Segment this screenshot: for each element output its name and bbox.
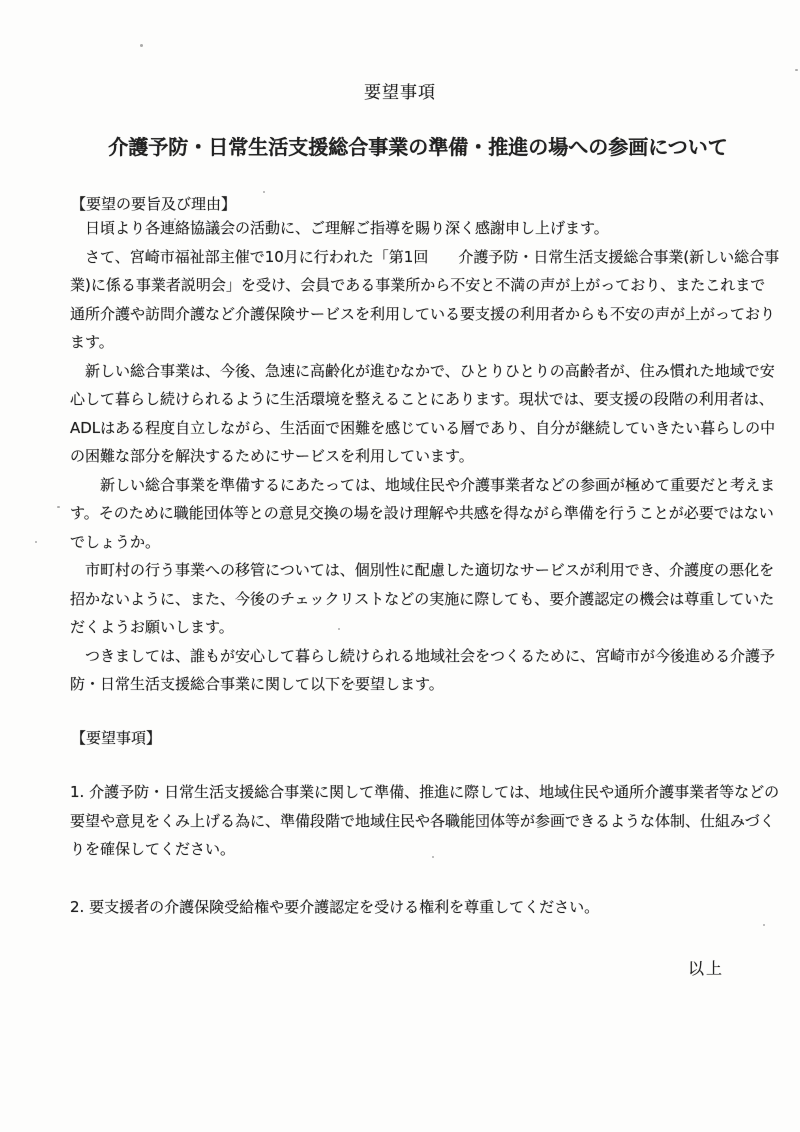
scan-speck xyxy=(763,924,765,926)
scan-speck xyxy=(199,459,201,461)
document-kind-heading: 要望事項 xyxy=(0,78,800,103)
scan-speck xyxy=(35,541,37,543)
paragraph: さて、宮崎市福祉部主催で10月に行われた「第1回 介護予防・日常生活支援総合事業… xyxy=(70,243,780,357)
request-item-1: 1. 介護予防・日常生活支援総合事業に関して準備、推進に際しては、地域住民や通所… xyxy=(70,778,780,864)
paragraph: 日頃より各連絡協議会の活動に、ご理解ご指導を賜り深く感謝申し上げます。 xyxy=(70,214,780,243)
scan-speck xyxy=(263,191,265,193)
scan-speck xyxy=(338,628,340,630)
scan-speck xyxy=(140,44,143,47)
closing-ijou: 以上 xyxy=(688,956,724,979)
paragraph: 市町村の行う事業への移管については、個別性に配慮した適切なサービスが利用でき、介… xyxy=(70,556,780,642)
document-title: 介護予防・日常生活支援総合事業の準備・推進の場への参画について xyxy=(108,131,728,160)
paragraph: 新しい総合事業は、今後、急速に高齢化が進むなかで、ひとりひとりの高齢者が、住み慣… xyxy=(70,357,780,471)
scanned-document-page: 要望事項 介護予防・日常生活支援総合事業の準備・推進の場への参画について 【要望… xyxy=(0,0,800,1132)
paragraph: 新しい総合事業を準備するにあたっては、地域住民や介護事業者などの参画が極めて重要… xyxy=(70,471,780,557)
request-section-heading: 【要望事項】 xyxy=(71,727,161,748)
scan-speck xyxy=(432,856,434,858)
reason-section-heading: 【要望の要旨及び理由】 xyxy=(71,193,236,214)
scan-speck xyxy=(353,683,355,685)
paragraph: つきましては、誰もが安心して暮らし続けられる地域社会をつくるために、宮崎市が今後… xyxy=(70,642,780,699)
scan-speck xyxy=(795,69,798,71)
scan-speck xyxy=(174,218,176,220)
request-item-2: 2. 要支援者の介護保険受給権や要介護認定を受ける権利を尊重してください。 xyxy=(70,893,780,922)
scan-speck xyxy=(57,506,60,508)
request-items: 1. 介護予防・日常生活支援総合事業に関して準備、推進に際しては、地域住民や通所… xyxy=(70,778,780,921)
reason-section-body: 日頃より各連絡協議会の活動に、ご理解ご指導を賜り深く感謝申し上げます。 さて、宮… xyxy=(70,214,780,699)
